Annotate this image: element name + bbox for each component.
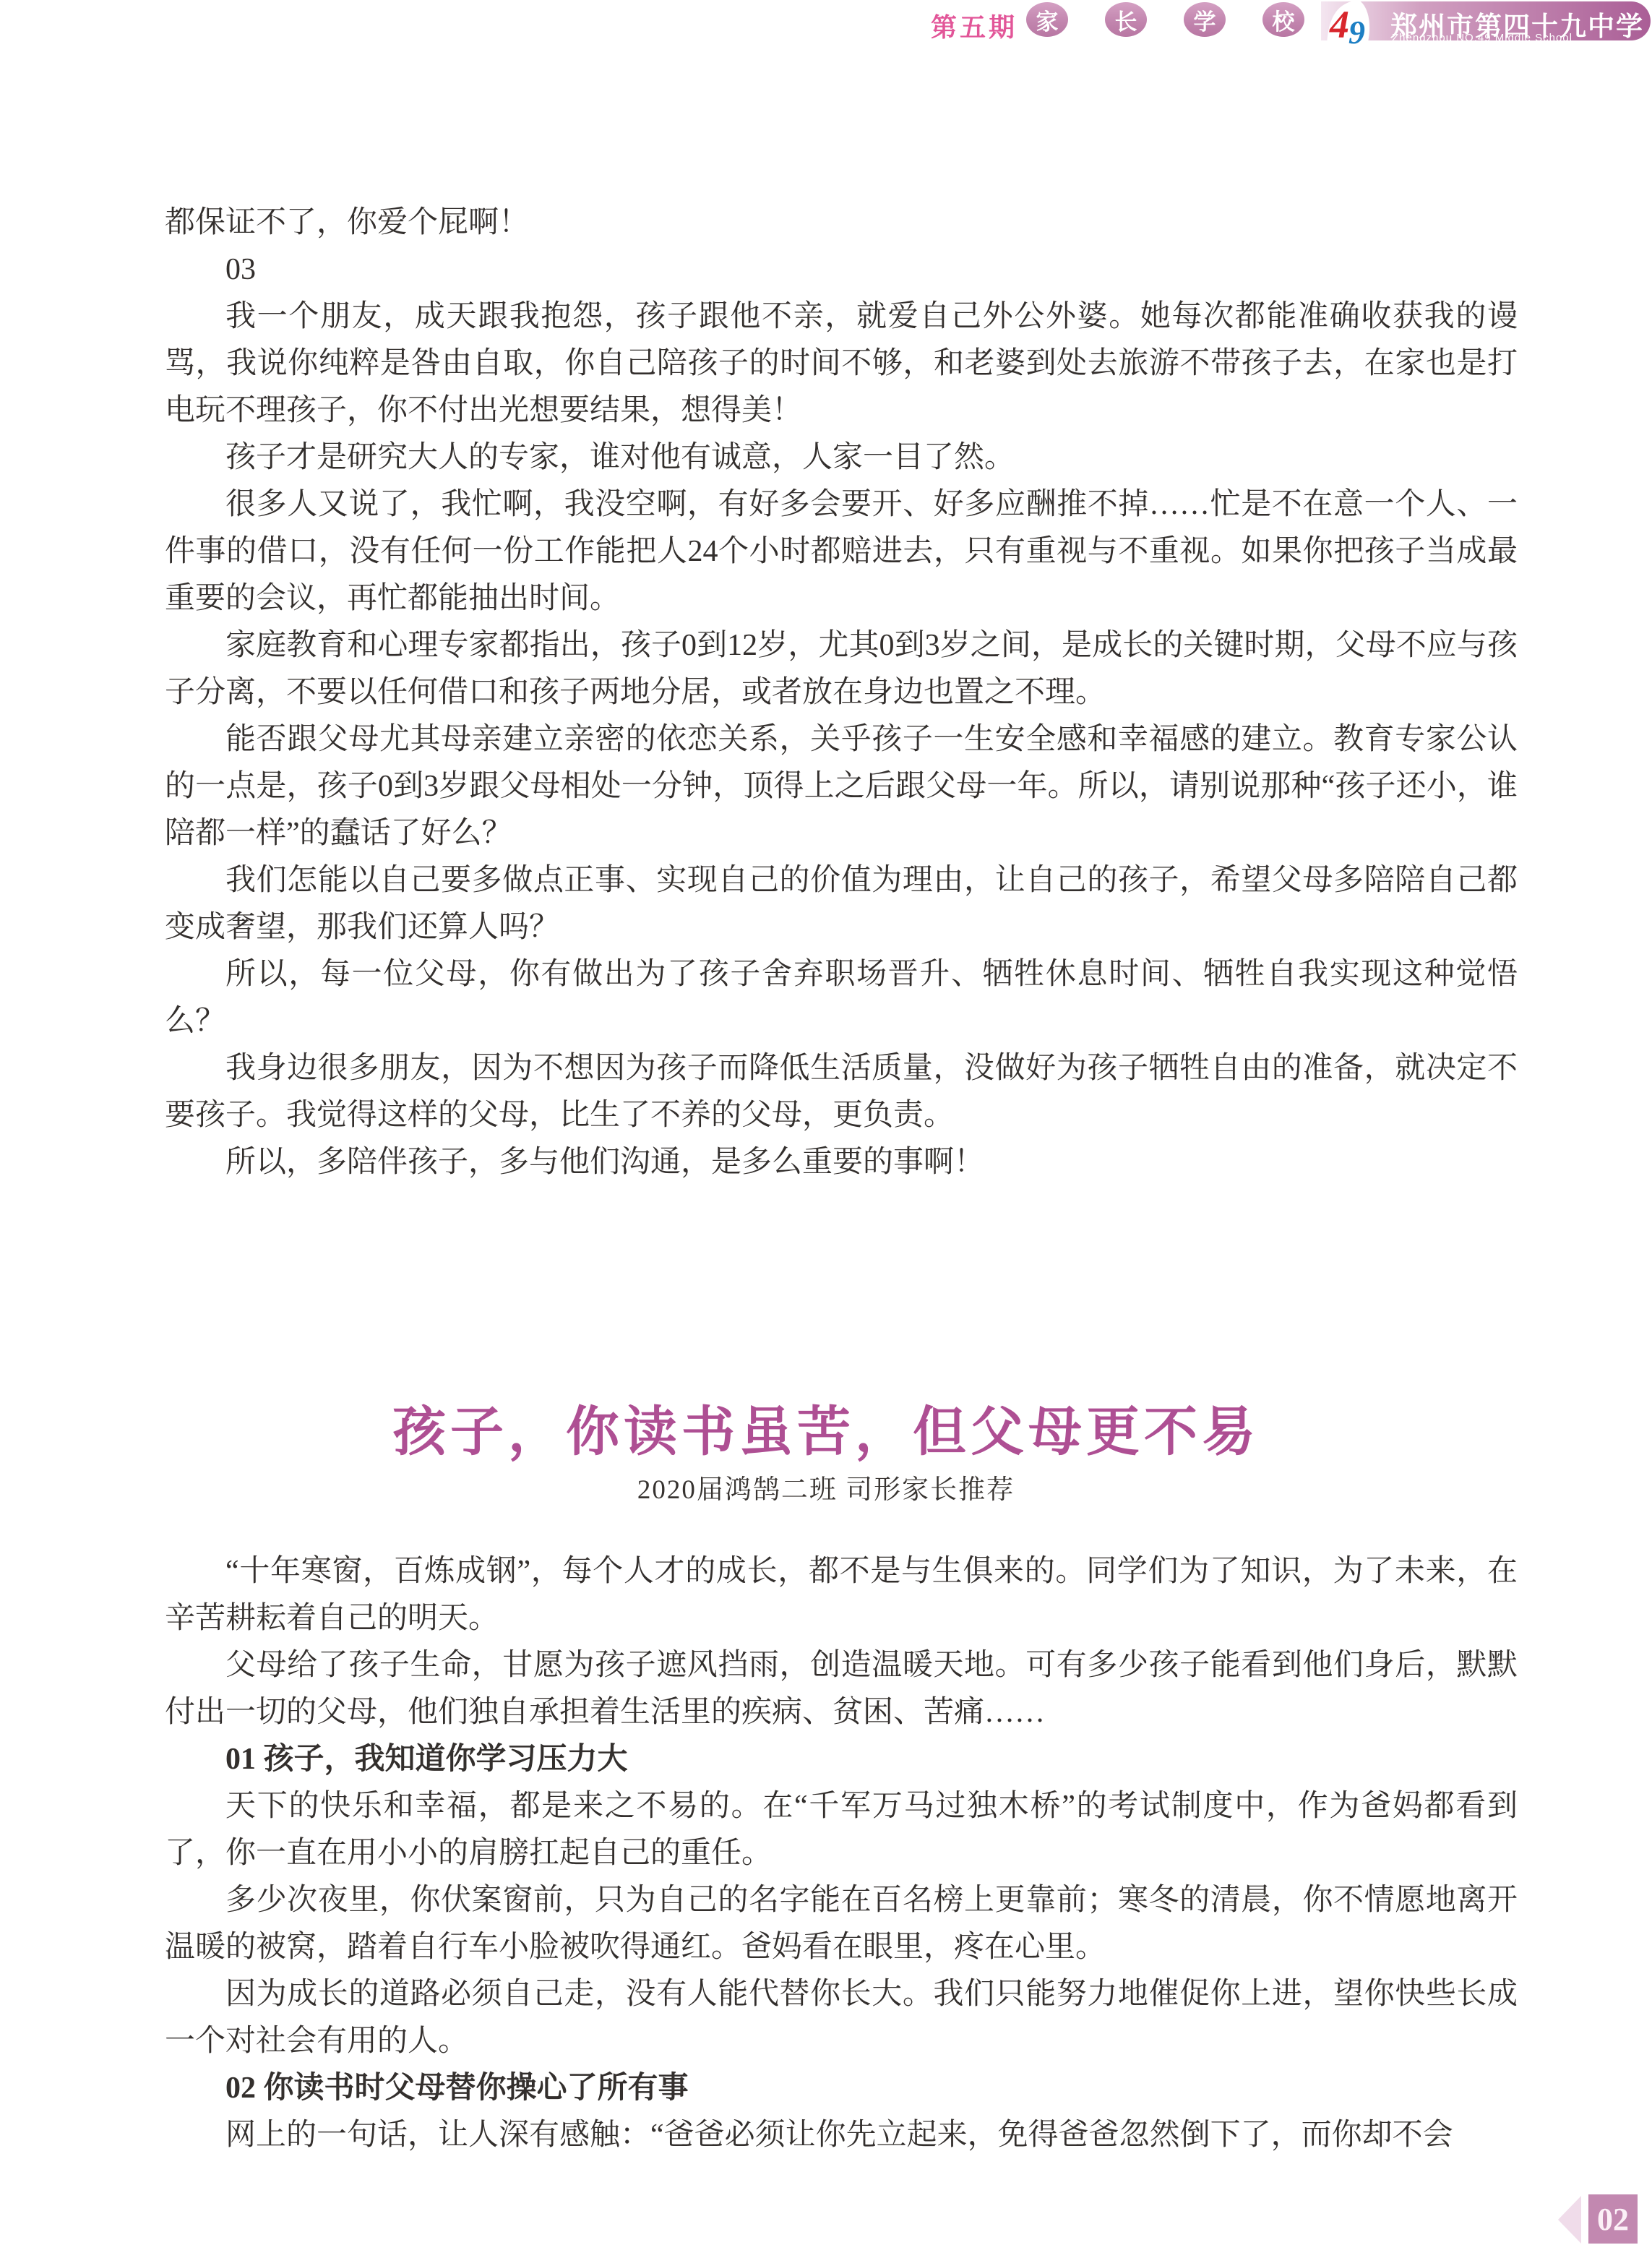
article-2-title: 孩子，你读书虽苦，但父母更不易 (0, 1389, 1652, 1466)
paragraph: 能否跟父母尤其母亲建立亲密的依恋关系，关乎孩子一生安全感和幸福感的建立。教育专家… (165, 716, 1518, 857)
article-1-body: 都保证不了，你爱个屁啊！ 03 我一个朋友，成天跟我抱怨，孩子跟他不亲，就爱自己… (165, 199, 1518, 1186)
masthead-char: 长 (1115, 4, 1137, 36)
section-number: 03 (165, 246, 1518, 293)
paragraph: 我身边很多朋友，因为不想因为孩子而降低生活质量，没做好为孩子牺牲自由的准备，就决… (165, 1045, 1518, 1139)
article-2-byline: 2020届鸿鹄二班 司形家长推荐 (0, 1467, 1652, 1506)
paragraph: 家庭教育和心理专家都指出，孩子0到12岁，尤其0到3岁之间，是成长的关键时期，父… (165, 622, 1518, 716)
paragraph: 因为成长的道路必须自己走，没有人能代替你长大。我们只能努力地催促你上进，望你快些… (165, 1971, 1518, 2065)
paragraph: “十年寒窗，百炼成钢”，每个人才的成长，都不是与生俱来的。同学们为了知识，为了未… (165, 1548, 1518, 1642)
page-number: 02 (1597, 2201, 1629, 2238)
page-number-badge: 02 (1588, 2194, 1638, 2244)
section-heading: 02 你读书时父母替你操心了所有事 (165, 2065, 1518, 2112)
svg-text:9: 9 (1348, 14, 1365, 45)
paragraph: 网上的一句话，让人深有感触：“爸爸必须让你先立起来，免得爸爸忽然倒下了，而你却不… (165, 2112, 1518, 2159)
school-49-logo-icon: 4 9 (1325, 0, 1382, 45)
page-badge-triangle-icon (1558, 2196, 1581, 2244)
paragraph: 很多人又说了，我忙啊，我没空啊，有好多会要开、好多应酬推不掉……忙是不在意一个人… (165, 481, 1518, 622)
paragraph: 多少次夜里，你伏案窗前，只为自己的名字能在百名榜上更靠前；寒冬的清晨，你不情愿地… (165, 1877, 1518, 1971)
masthead-char-circle: 学 (1184, 2, 1226, 37)
school-name-en: Zhengzhou NO.49 Middle School (1392, 32, 1573, 44)
masthead-char: 家 (1036, 4, 1059, 36)
section-heading: 01 孩子，我知道你学习压力大 (165, 1736, 1518, 1783)
masthead-char: 学 (1194, 4, 1216, 36)
svg-text:4: 4 (1329, 3, 1349, 45)
article-2-body: “十年寒窗，百炼成钢”，每个人才的成长，都不是与生俱来的。同学们为了知识，为了未… (165, 1548, 1518, 2159)
paragraph: 都保证不了，你爱个屁啊！ (165, 199, 1518, 246)
paragraph: 所以，多陪伴孩子，多与他们沟通，是多么重要的事啊！ (165, 1139, 1518, 1186)
magazine-page: 第五期 家 长 学 校 4 9 郑州市第四十九中学 Zhengzhou NO.4… (0, 0, 1652, 2245)
masthead: 家 长 学 校 (1026, 2, 1304, 37)
issue-label: 第五期 (931, 7, 1018, 44)
paragraph: 孩子才是研究大人的专家，谁对他有诚意，人家一目了然。 (165, 434, 1518, 481)
paragraph: 父母给了孩子生命，甘愿为孩子遮风挡雨，创造温暖天地。可有多少孩子能看到他们身后，… (165, 1642, 1518, 1736)
paragraph: 所以，每一位父母，你有做出为了孩子舍弃职场晋升、牺牲休息时间、牺牲自我实现这种觉… (165, 951, 1518, 1045)
masthead-char-circle: 长 (1105, 2, 1147, 37)
paragraph: 我一个朋友，成天跟我抱怨，孩子跟他不亲，就爱自己外公外婆。她每次都能准确收获我的… (165, 293, 1518, 434)
masthead-char-circle: 家 (1026, 2, 1068, 37)
paragraph: 天下的快乐和幸福，都是来之不易的。在“千军万马过独木桥”的考试制度中，作为爸妈都… (165, 1783, 1518, 1877)
masthead-char-circle: 校 (1262, 2, 1304, 37)
paragraph: 我们怎能以自己要多做点正事、实现自己的价值为理由，让自己的孩子，希望父母多陪陪自… (165, 857, 1518, 951)
masthead-char: 校 (1273, 4, 1295, 36)
